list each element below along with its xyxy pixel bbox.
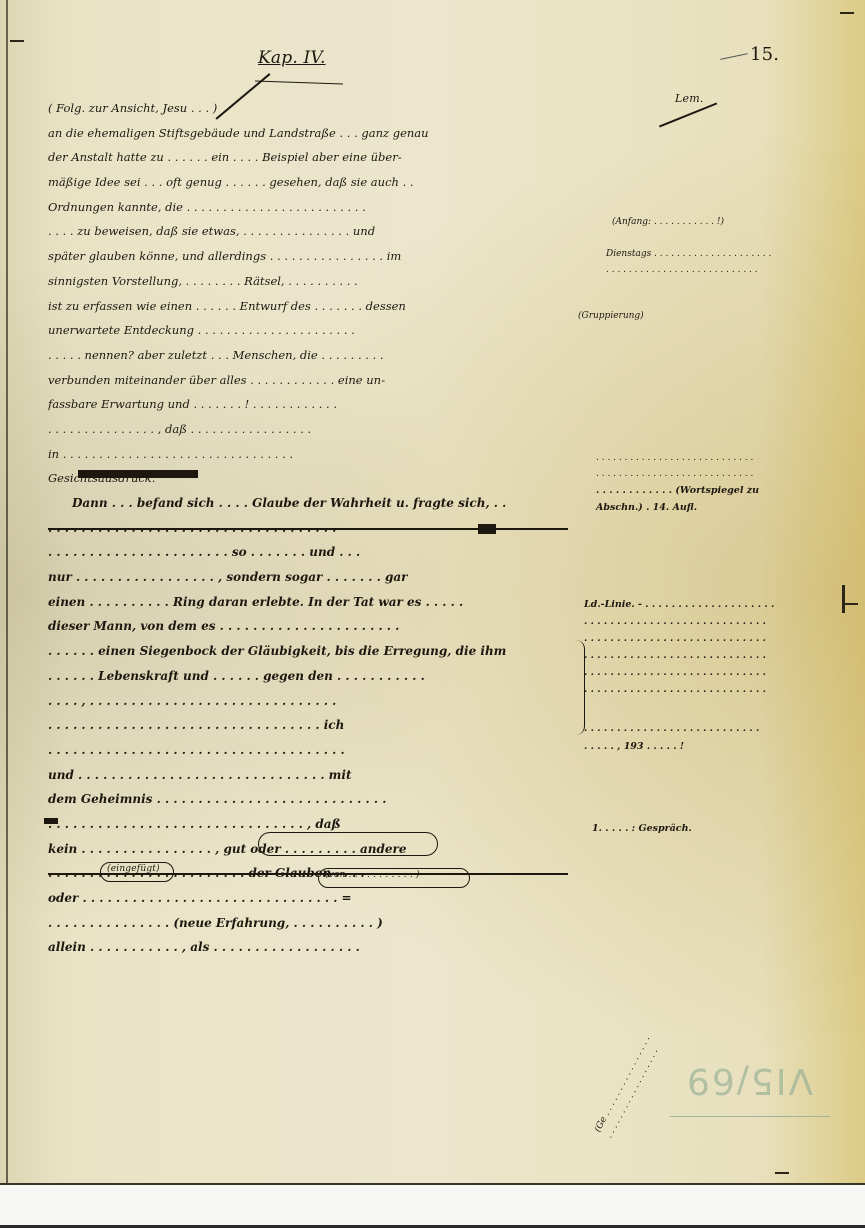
text-line: ( Folg. zur Ansicht, Jesu . . . ) xyxy=(48,96,568,121)
corner-mark-top-left xyxy=(10,40,24,42)
margin-note: . . . . . . . . . . . . (Wortspiegel zu xyxy=(596,484,759,497)
margin-note: (Gruppierung) xyxy=(578,310,644,323)
margin-note: . . . . . . . . . . . . . . . . . . . . … xyxy=(606,264,758,277)
text-line: mäßige Idee sei . . . oft genug . . . . … xyxy=(48,170,568,195)
text-line: . . . . . . Lebenskraft und . . . . . . … xyxy=(48,664,568,689)
text-line: dem Geheimnis . . . . . . . . . . . . . … xyxy=(48,787,568,812)
margin-note: Ld.-Linie. - . . . . . . . . . . . . . .… xyxy=(584,598,774,611)
corner-mark-top-right xyxy=(840,12,854,14)
margin-note: . . . . . . . . . . . . . . . . . . . . … xyxy=(584,632,766,645)
margin-note: Dienstags . . . . . . . . . . . . . . . … xyxy=(606,248,771,261)
scanner-background xyxy=(0,1185,865,1228)
text-line: dieser Mann, von dem es . . . . . . . . … xyxy=(48,614,568,639)
margin-note: . . . . . . . . . . . . . . . . . . . . … xyxy=(584,649,766,662)
diagonal-margin-note: (Ge . . . . . . . . . . . . . . . . . . … xyxy=(592,1034,665,1141)
text-line: unerwartete Entdeckung . . . . . . . . .… xyxy=(48,318,568,343)
inline-insertion: (von . . . . . . . . . . . ) xyxy=(325,870,420,880)
text-line: fassbare Erwartung und . . . . . . . ! .… xyxy=(48,392,568,417)
text-line: . . . . . . . . . . . . . . . , daß . . … xyxy=(48,417,568,442)
margin-note: 1. . . . . : Gespräch. xyxy=(592,822,692,835)
text-line: . . . . zu beweisen, daß sie etwas, . . … xyxy=(48,219,568,244)
margin-note: . . . . . . . . . . . . . . . . . . . . … xyxy=(596,452,753,465)
strikeout-block xyxy=(44,818,58,824)
inline-insertion: (eingefügt) xyxy=(107,864,160,874)
margin-note: . . . . . . . . . . . . . . . . . . . . … xyxy=(584,683,766,696)
margin-note: . . . . . . . . . . . . . . . . . . . . … xyxy=(584,666,766,679)
text-line: und . . . . . . . . . . . . . . . . . . … xyxy=(48,763,568,788)
inline-insertion-bracket: (eingefügt) xyxy=(100,862,174,882)
chapter-title: Kap. IV. xyxy=(258,48,326,68)
text-line: der Anstalt hatte zu . . . . . . ein . .… xyxy=(48,145,568,170)
text-line: . . . . . . . . . . . . . . . . . . . . … xyxy=(48,738,568,763)
text-line: . . . . , . . . . . . . . . . . . . . . … xyxy=(48,689,568,714)
text-line: einen . . . . . . . . . . Ring daran erl… xyxy=(48,590,568,615)
text-line: verbunden miteinander über alles . . . .… xyxy=(48,368,568,393)
text-line: . . . . . . . . . . . . . . . . . . . . … xyxy=(48,713,568,738)
top-right-note-strike xyxy=(659,102,717,127)
binding-mark-tick xyxy=(844,603,858,605)
page-number-dash xyxy=(720,53,748,60)
archive-signature-stamp: VI5/69 xyxy=(685,1060,813,1101)
text-line: . . . . . . . . . . . . . . . . . . . . … xyxy=(48,540,568,565)
manuscript-page: Kap. IV. 15. Lem. ( Folg. zur Ansicht, J… xyxy=(0,0,865,1185)
text-line: ist zu erfassen wie einen . . . . . . En… xyxy=(48,294,568,319)
title-underline xyxy=(255,80,343,84)
text-line: in . . . . . . . . . . . . . . . . . . .… xyxy=(48,442,568,467)
strikeout-block xyxy=(78,470,198,478)
margin-note: . . . . . , 193 . . . . . ! xyxy=(584,740,684,753)
corner-mark-bottom-right xyxy=(775,1172,789,1174)
text-line: . . . . . . einen Siegenbock der Gläubig… xyxy=(48,639,568,664)
margin-note: Abschn.) . 14. Aufl. xyxy=(596,501,697,514)
top-right-note: Lem. xyxy=(675,92,704,105)
inline-insertion-bracket xyxy=(258,832,438,856)
margin-note: . . . . . . . . . . . . . . . . . . . . … xyxy=(584,615,766,628)
text-line: . . . . . nennen? aber zuletzt . . . Men… xyxy=(48,343,568,368)
text-line: nur . . . . . . . . . . . . . . . . . , … xyxy=(48,565,568,590)
text-line: oder . . . . . . . . . . . . . . . . . .… xyxy=(48,886,568,911)
text-line: an die ehemaligen Stiftsgebäude und Land… xyxy=(48,121,568,146)
strikeout-block xyxy=(478,524,496,534)
text-line: Ordnungen kannte, die . . . . . . . . . … xyxy=(48,195,568,220)
binding-mark xyxy=(842,585,845,613)
page-left-edge xyxy=(6,0,8,1183)
text-line: . . . . . . . . . . . . . . . (neue Erfa… xyxy=(48,911,568,936)
page-number: 15. xyxy=(750,44,779,65)
text-line: allein . . . . . . . . . . . , als . . .… xyxy=(48,935,568,960)
margin-note: . . . . . . . . . . . . . . . . . . . . … xyxy=(596,468,753,481)
inline-insertion-bracket: (von . . . . . . . . . . . ) xyxy=(318,868,470,888)
margin-note: (Anfang: . . . . . . . . . . . !) xyxy=(612,216,724,229)
margin-note: . . . . . . . . . . . . . . . . . . . . … xyxy=(584,722,759,735)
text-line: später glauben könne, und allerdings . .… xyxy=(48,244,568,269)
text-line: sinnigsten Vorstellung, . . . . . . . . … xyxy=(48,269,568,294)
archive-stamp-underline xyxy=(670,1116,830,1117)
text-line: Dann . . . befand sich . . . . Glaube de… xyxy=(48,491,568,516)
